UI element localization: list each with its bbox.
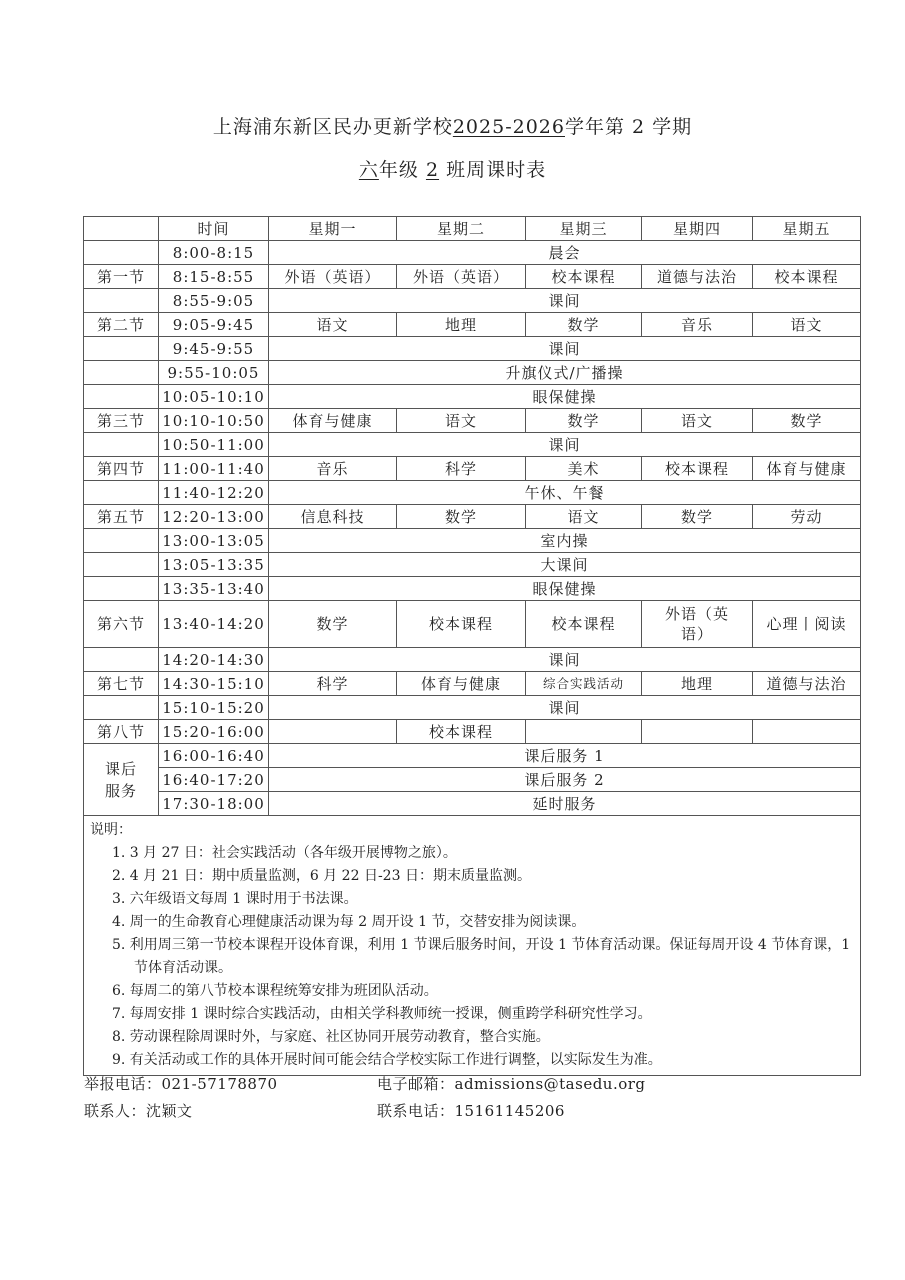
table-row: 13:05-13:35 大课间: [84, 553, 861, 577]
time-cell: 9:45-9:55: [159, 337, 269, 361]
class-number: 2: [426, 159, 439, 181]
note-item: 5. 利用周三第一节校本课程开设体育课，利用 1 节课后服务时间，开设 1 节体…: [106, 934, 852, 980]
time-cell: 13:35-13:40: [159, 577, 269, 601]
activity-cell: 课间: [269, 648, 861, 672]
school-name: 上海浦东新区民办更新学校: [213, 116, 453, 138]
class-cell: 校本课程: [753, 265, 861, 289]
table-row: 第一节 8:15-8:55 外语（英语） 外语（英语） 校本课程 道德与法治 校…: [84, 265, 861, 289]
period-cell: 第六节: [84, 601, 159, 648]
time-cell: 15:20-16:00: [159, 720, 269, 744]
table-row: 17:30-18:00 延时服务: [84, 792, 861, 816]
class-cell: 数学: [269, 601, 397, 648]
note-item: 8. 劳动课程除周课时外，与家庭、社区协同开展劳动教育，整合实施。: [106, 1026, 852, 1049]
timetable: 时间 星期一 星期二 星期三 星期四 星期五 8:00-8:15 晨会 第一节 …: [83, 216, 861, 1076]
time-cell: 11:40-12:20: [159, 481, 269, 505]
class-cell: 道德与法治: [642, 265, 753, 289]
table-row: 9:45-9:55 课间: [84, 337, 861, 361]
notes-heading: 说明：: [90, 819, 852, 842]
class-cell: 地理: [397, 313, 526, 337]
class-cell: [526, 720, 642, 744]
class-cell: 语文: [526, 505, 642, 529]
table-row: 10:05-10:10 眼保健操: [84, 385, 861, 409]
class-cell: 外语（英语）: [642, 601, 753, 648]
contact-phone: 联系电话：15161145206: [377, 1100, 565, 1121]
header-cell: 星期五: [753, 217, 861, 241]
class-cell: 外语（英语）: [269, 265, 397, 289]
note-item: 3. 六年级语文每周 1 课时用于书法课。: [106, 888, 852, 911]
period-cell: [84, 481, 159, 505]
class-cell: 语文: [642, 409, 753, 433]
period-cell: [84, 433, 159, 457]
period-cell: [84, 577, 159, 601]
activity-cell: 课间: [269, 696, 861, 720]
class-cell: 数学: [397, 505, 526, 529]
class-cell: 音乐: [642, 313, 753, 337]
class-cell: 数学: [642, 505, 753, 529]
time-cell: 16:00-16:40: [159, 744, 269, 768]
table-row: 第六节 13:40-14:20 数学 校本课程 校本课程 外语（英语） 心理丨阅…: [84, 601, 861, 648]
header-row: 时间 星期一 星期二 星期三 星期四 星期五: [84, 217, 861, 241]
time-cell: 13:05-13:35: [159, 553, 269, 577]
class-cell: 美术: [526, 457, 642, 481]
time-cell: 14:20-14:30: [159, 648, 269, 672]
period-cell: [84, 553, 159, 577]
after-school-label: 课后服务: [105, 760, 137, 800]
table-row: 8:00-8:15 晨会: [84, 241, 861, 265]
class-cell: 语文: [397, 409, 526, 433]
timetable-label: 班周课时表: [446, 159, 546, 181]
table-row: 10:50-11:00 课间: [84, 433, 861, 457]
class-cell: 校本课程: [526, 601, 642, 648]
grade-label: 年级: [379, 159, 419, 181]
contact-email[interactable]: 电子邮箱：admissions@tasedu.org: [377, 1073, 646, 1094]
header-cell: 星期二: [397, 217, 526, 241]
time-cell: 8:55-9:05: [159, 289, 269, 313]
class-cell: 地理: [642, 672, 753, 696]
table-row: 13:35-13:40 眼保健操: [84, 577, 861, 601]
table-row: 第二节 9:05-9:45 语文 地理 数学 音乐 语文: [84, 313, 861, 337]
time-cell: 13:00-13:05: [159, 529, 269, 553]
class-cell: 校本课程: [397, 720, 526, 744]
class-cell: 信息科技: [269, 505, 397, 529]
class-cell: 劳动: [753, 505, 861, 529]
period-cell: 课后服务: [84, 744, 159, 816]
table-row: 第七节 14:30-15:10 科学 体育与健康 综合实践活动 地理 道德与法治: [84, 672, 861, 696]
table-row: 11:40-12:20 午休、午餐: [84, 481, 861, 505]
time-cell: 9:05-9:45: [159, 313, 269, 337]
period-cell: 第五节: [84, 505, 159, 529]
activity-cell: 课后服务 1: [269, 744, 861, 768]
note-item: 2. 4 月 21 日：期中质量监测，6 月 22 日-23 日：期末质量监测。: [106, 865, 852, 888]
class-cell: 校本课程: [397, 601, 526, 648]
table-row: 课后服务 16:00-16:40 课后服务 1: [84, 744, 861, 768]
class-cell: 心理丨阅读: [753, 601, 861, 648]
table-row: 8:55-9:05 课间: [84, 289, 861, 313]
school-year: 2025-2026: [453, 116, 565, 138]
period-cell: [84, 361, 159, 385]
activity-cell: 眼保健操: [269, 385, 861, 409]
note-item: 4. 周一的生命教育心理健康活动课为每 2 周开设 1 节，交替安排为阅读课。: [106, 911, 852, 934]
notes-section: 说明： 1. 3 月 27 日：社会实践活动（各年级开展博物之旅）。 2. 4 …: [84, 816, 861, 1076]
class-cell: 体育与健康: [269, 409, 397, 433]
period-cell: 第八节: [84, 720, 159, 744]
note-item: 6. 每周二的第八节校本课程统筹安排为班团队活动。: [106, 980, 852, 1003]
activity-cell: 午休、午餐: [269, 481, 861, 505]
time-cell: 10:50-11:00: [159, 433, 269, 457]
period-cell: [84, 241, 159, 265]
table-row: 第四节 11:00-11:40 音乐 科学 美术 校本课程 体育与健康: [84, 457, 861, 481]
period-cell: [84, 385, 159, 409]
class-cell: 语文: [269, 313, 397, 337]
document-subtitle: 六年级 2 班周课时表: [0, 155, 905, 182]
class-cell: 体育与健康: [753, 457, 861, 481]
class-cell: 体育与健康: [397, 672, 526, 696]
class-cell: [753, 720, 861, 744]
time-cell: 11:00-11:40: [159, 457, 269, 481]
period-cell: [84, 289, 159, 313]
activity-cell: 大课间: [269, 553, 861, 577]
period-cell: 第四节: [84, 457, 159, 481]
contact-person: 联系人：沈颖文: [84, 1100, 193, 1121]
class-cell: 数学: [753, 409, 861, 433]
activity-cell: 课间: [269, 289, 861, 313]
table-row: 第五节 12:20-13:00 信息科技 数学 语文 数学 劳动: [84, 505, 861, 529]
time-cell: 9:55-10:05: [159, 361, 269, 385]
period-cell: 第三节: [84, 409, 159, 433]
activity-cell: 室内操: [269, 529, 861, 553]
table-row: 9:55-10:05 升旗仪式/广播操: [84, 361, 861, 385]
class-cell: 语文: [753, 313, 861, 337]
activity-cell: 课间: [269, 433, 861, 457]
class-cell: 音乐: [269, 457, 397, 481]
table-row: 13:00-13:05 室内操: [84, 529, 861, 553]
time-cell: 17:30-18:00: [159, 792, 269, 816]
time-cell: 10:10-10:50: [159, 409, 269, 433]
note-item: 1. 3 月 27 日：社会实践活动（各年级开展博物之旅）。: [106, 842, 852, 865]
header-cell: 星期一: [269, 217, 397, 241]
note-item: 9. 有关活动或工作的具体开展时间可能会结合学校实际工作进行调整，以实际发生为准…: [106, 1049, 852, 1072]
time-cell: 12:20-13:00: [159, 505, 269, 529]
class-cell: 数学: [526, 409, 642, 433]
report-phone: 举报电话：021-57178870: [84, 1073, 278, 1094]
period-cell: 第一节: [84, 265, 159, 289]
time-cell: 16:40-17:20: [159, 768, 269, 792]
period-cell: 第二节: [84, 313, 159, 337]
time-cell: 8:00-8:15: [159, 241, 269, 265]
header-cell: 星期三: [526, 217, 642, 241]
period-cell: [84, 696, 159, 720]
semester: 学年第 2 学期: [565, 116, 692, 138]
class-cell: [269, 720, 397, 744]
class-cell: 道德与法治: [753, 672, 861, 696]
time-cell: 13:40-14:20: [159, 601, 269, 648]
class-cell: 科学: [397, 457, 526, 481]
activity-cell: 眼保健操: [269, 577, 861, 601]
time-cell: 10:05-10:10: [159, 385, 269, 409]
class-cell: 外语（英语）: [397, 265, 526, 289]
class-cell: [642, 720, 753, 744]
table-row: 第八节 15:20-16:00 校本课程: [84, 720, 861, 744]
period-cell: [84, 337, 159, 361]
header-cell: 星期四: [642, 217, 753, 241]
class-cell: 校本课程: [642, 457, 753, 481]
class-cell: 科学: [269, 672, 397, 696]
time-cell: 8:15-8:55: [159, 265, 269, 289]
period-cell: [84, 648, 159, 672]
time-cell: 14:30-15:10: [159, 672, 269, 696]
table-row: 第三节 10:10-10:50 体育与健康 语文 数学 语文 数学: [84, 409, 861, 433]
activity-cell: 晨会: [269, 241, 861, 265]
activity-cell: 延时服务: [269, 792, 861, 816]
note-item: 7. 每周安排 1 课时综合实践活动，由相关学科教师统一授课，侧重跨学科研究性学…: [106, 1003, 852, 1026]
class-cell: 数学: [526, 313, 642, 337]
header-cell: 时间: [159, 217, 269, 241]
period-cell: 第七节: [84, 672, 159, 696]
time-cell: 15:10-15:20: [159, 696, 269, 720]
class-cell: 校本课程: [526, 265, 642, 289]
table-row: 14:20-14:30 课间: [84, 648, 861, 672]
activity-cell: 课后服务 2: [269, 768, 861, 792]
activity-cell: 升旗仪式/广播操: [269, 361, 861, 385]
class-cell: 综合实践活动: [526, 672, 642, 696]
notes-row: 说明： 1. 3 月 27 日：社会实践活动（各年级开展博物之旅）。 2. 4 …: [84, 816, 861, 1076]
period-cell: [84, 529, 159, 553]
grade: 六: [359, 159, 379, 181]
document-title: 上海浦东新区民办更新学校2025-2026学年第 2 学期: [0, 112, 905, 139]
table-row: 16:40-17:20 课后服务 2: [84, 768, 861, 792]
table-row: 15:10-15:20 课间: [84, 696, 861, 720]
activity-cell: 课间: [269, 337, 861, 361]
header-cell: [84, 217, 159, 241]
